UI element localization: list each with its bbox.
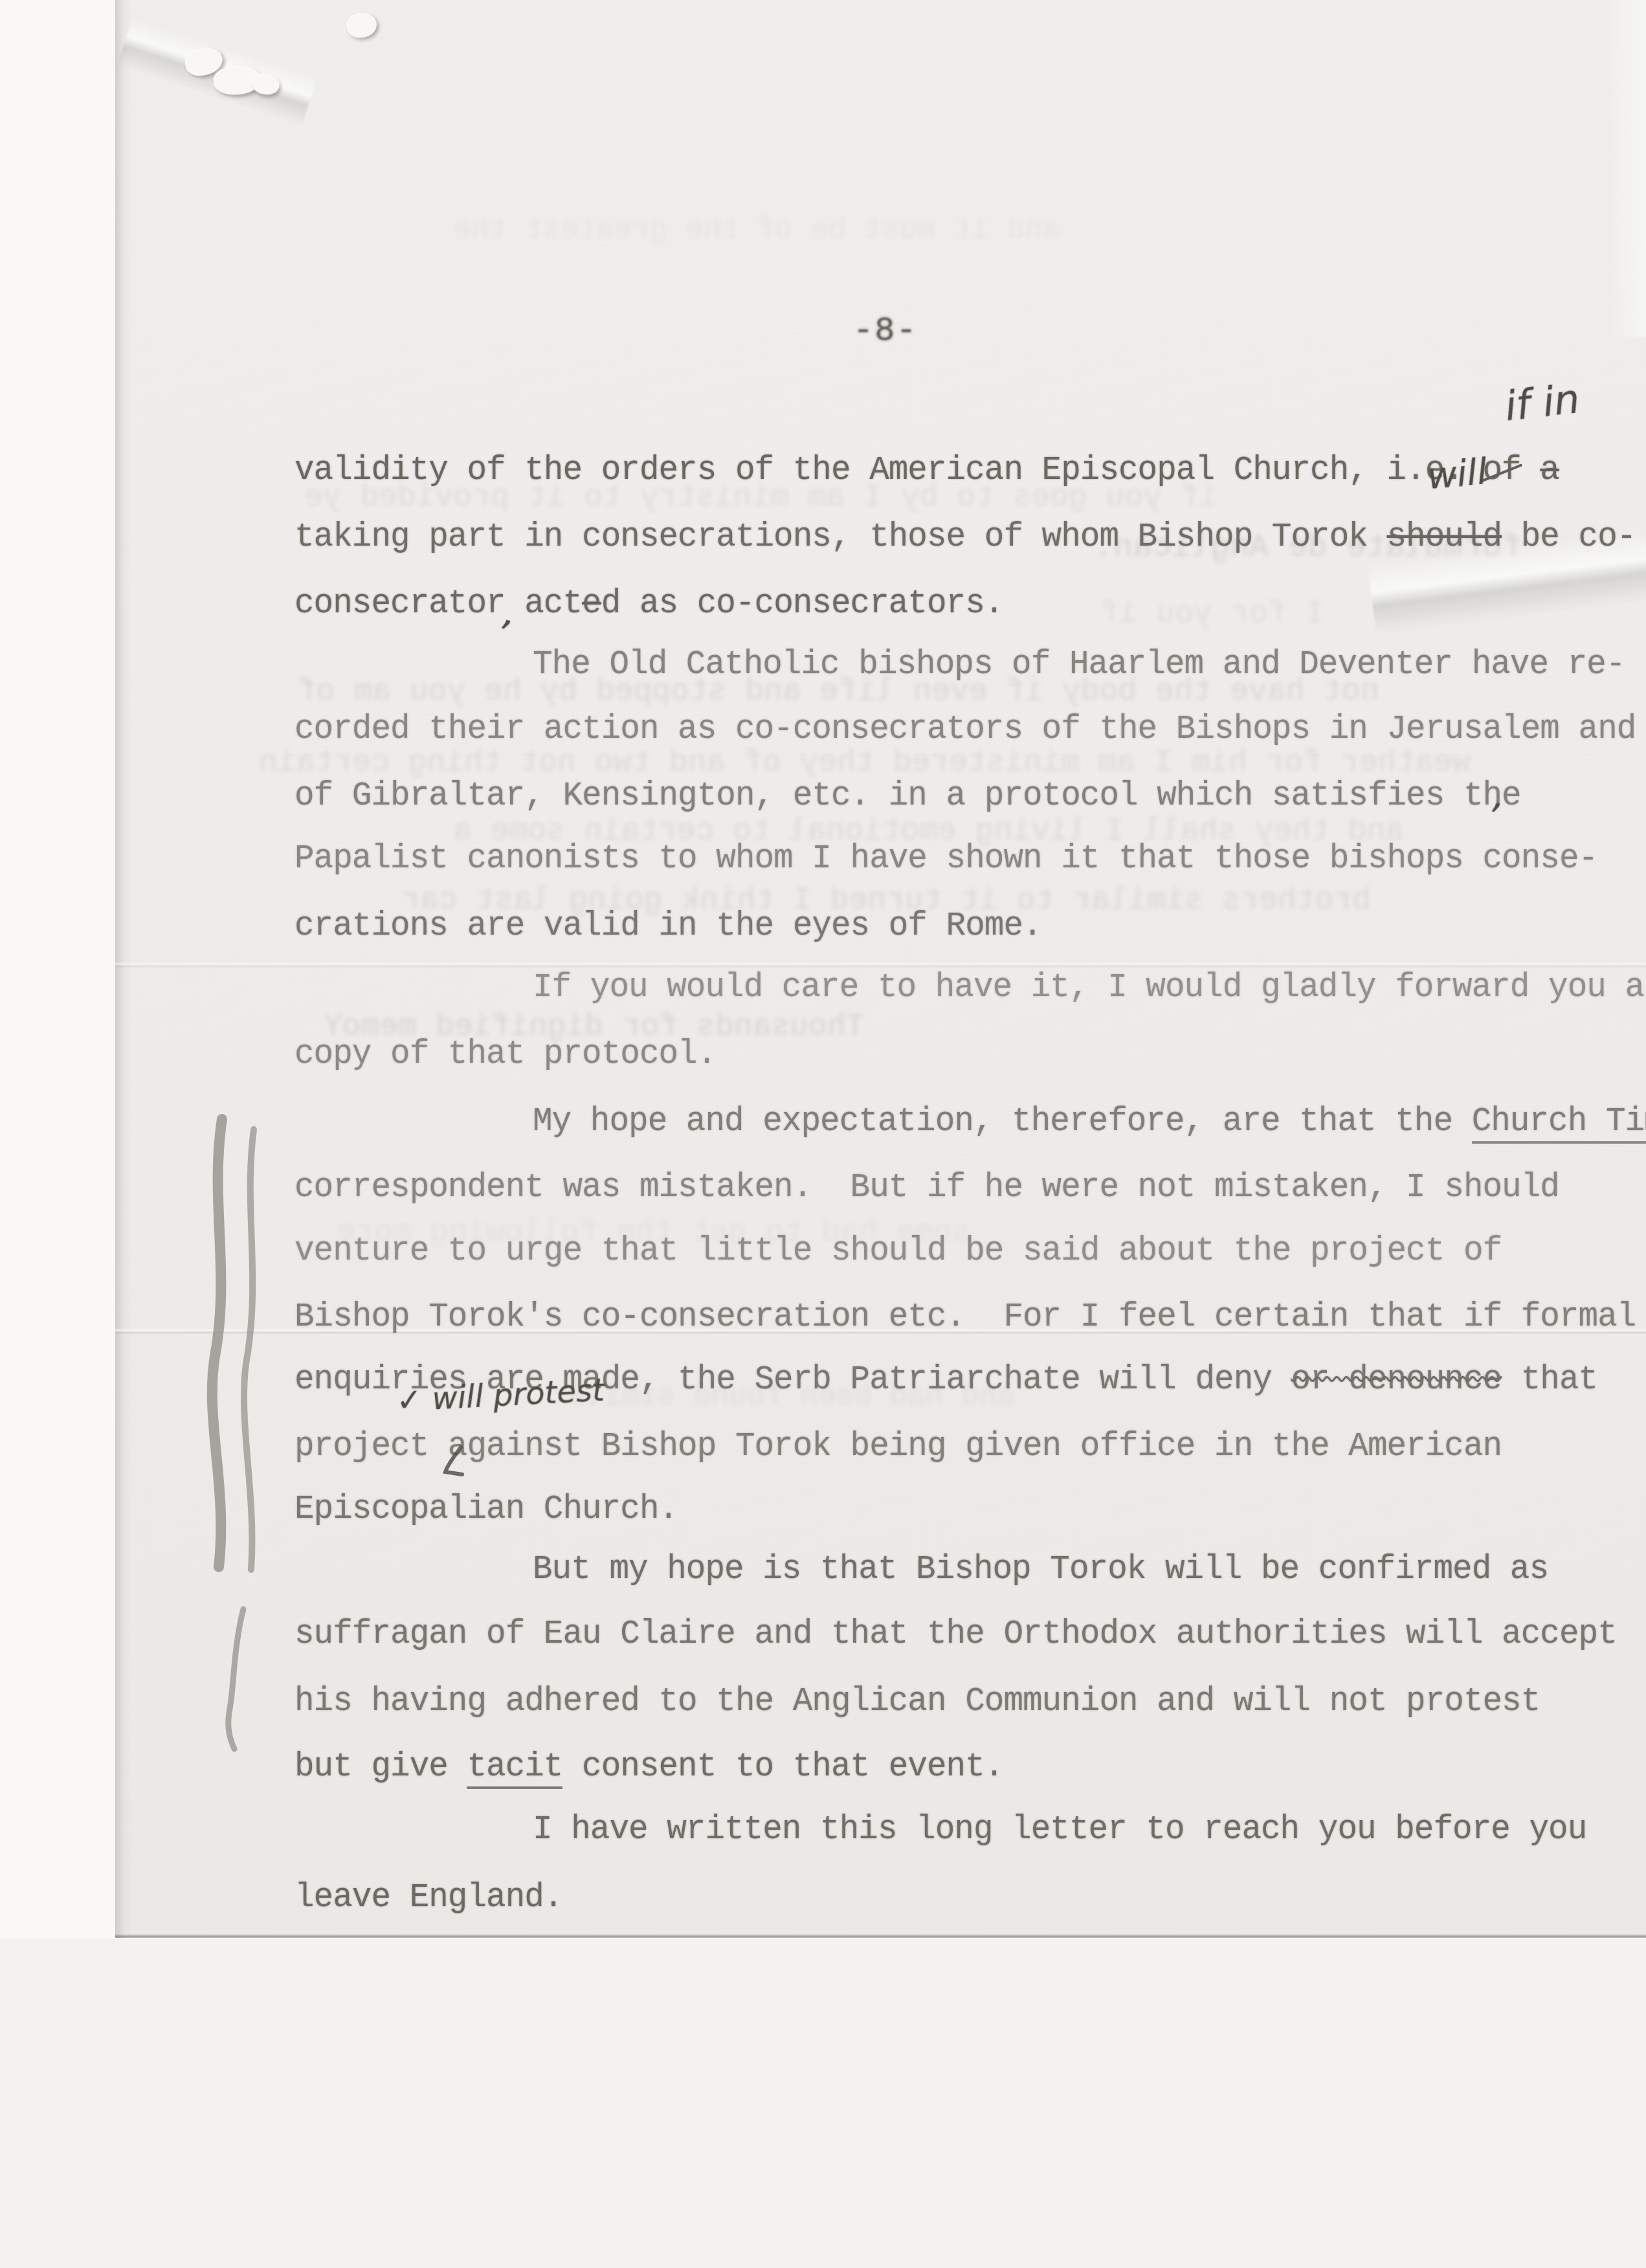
typed-line: I have written this long letter to reach… [295, 1812, 1646, 1850]
bleedthrough-text: and it must be of the greatest the [453, 214, 1061, 247]
typed-line: of Gibraltar, Kensington, etc. in a prot… [295, 779, 1646, 816]
horizontal-crease [115, 962, 1646, 968]
bleedthrough-text: weather for him I am ministered they of … [259, 746, 1471, 781]
typed-line: copy of that protocol. [295, 1037, 1646, 1074]
typed-text: leave England. [295, 1880, 562, 1917]
typed-word-strike: e [582, 586, 601, 623]
typed-word-strike-diag: of [1483, 452, 1521, 489]
typed-text: but give [295, 1749, 467, 1786]
typed-line: correspondent was mistaken. But if he we… [295, 1170, 1646, 1208]
typed-text: Papalist canonists to whom I have shown … [295, 841, 1597, 878]
typed-line: suffragan of Eau Claire and that the Ort… [295, 1617, 1646, 1654]
margin-emphasis-single-line [212, 1604, 271, 1756]
typed-line: The Old Catholic bishops of Haarlem and … [295, 647, 1646, 685]
typed-word-strike: a [1540, 452, 1559, 489]
typed-line: Bishop Torok's co-consecration etc. For … [295, 1300, 1646, 1337]
paper-bottom-edge [115, 1934, 1646, 1938]
typed-text: validity of the orders of the American E… [295, 452, 1483, 489]
scanned-letter-page: -8- validity of the orders of the Americ… [0, 0, 1646, 2268]
typed-text: correspondent was mistaken. But if he we… [295, 1170, 1559, 1206]
typed-text: consecrator act [295, 586, 582, 623]
typed-line: Episcopalian Church. [295, 1492, 1646, 1529]
typed-line: his having adhered to the Anglican Commu… [295, 1684, 1646, 1722]
typed-text: suffragan of Eau Claire and that the Ort… [295, 1616, 1617, 1653]
scanner-background-bottom [0, 1939, 1646, 2268]
typed-line: corded their action as co-consecrators o… [295, 712, 1646, 750]
typed-line: If you would care to have it, I would gl… [295, 970, 1646, 1008]
paper-damage-spot [345, 10, 379, 39]
typed-line: leave England. [295, 1880, 1646, 1918]
right-edge-highlight [1607, 0, 1646, 337]
typed-line: My hope and expectation, therefore, are … [295, 1104, 1646, 1142]
typed-line: crations are valid in the eyes of Rome. [295, 909, 1646, 946]
typed-text: The Old Catholic bishops of Haarlem and … [533, 647, 1625, 684]
typed-text: I have written this long letter to reach… [533, 1812, 1586, 1849]
insertion-caret-mark [439, 1445, 478, 1484]
paper-damage-spot [251, 72, 281, 96]
typed-text: If you would care to have it, I would gl… [533, 970, 1644, 1006]
margin-emphasis-double-line [199, 1110, 284, 1576]
typed-word-underline: Church Times [1472, 1104, 1646, 1144]
typed-text [1521, 452, 1540, 489]
typed-text: of Gibraltar, Kensington, etc. in a prot… [295, 778, 1521, 815]
typed-text: d as co-consecrators. [601, 586, 1004, 623]
scanner-background-left [0, 0, 117, 2268]
typed-text: crations are valid in the eyes of Rome. [295, 908, 1042, 945]
typed-line: Papalist canonists to whom I have shown … [295, 841, 1646, 879]
typed-text: My hope and expectation, therefore, are … [533, 1104, 1472, 1140]
typed-line: consecrator acted as co-consecrators. [295, 586, 1646, 624]
typed-word-strike: should [1386, 519, 1502, 556]
typed-text: copy of that protocol. [295, 1036, 716, 1073]
typed-text: his having adhered to the Anglican Commu… [295, 1684, 1540, 1720]
paper-sheet: -8- validity of the orders of the Americ… [115, 0, 1646, 1938]
typed-text: be co- [1502, 519, 1636, 556]
typed-text: Episcopalian Church. [295, 1491, 678, 1528]
paper-left-edge-shadow [115, 0, 132, 1938]
typed-word-underline: tacit [467, 1749, 562, 1789]
typed-line: But my hope is that Bishop Torok will be… [295, 1552, 1646, 1590]
typed-text: Bishop Torok's co-consecration etc. For … [295, 1299, 1636, 1336]
typed-line: venture to urge that little should be sa… [295, 1234, 1646, 1271]
typed-line: but give tacit consent to that event. [295, 1750, 1646, 1787]
typed-text: taking part in consecrations, those of w… [295, 519, 1386, 556]
insertion-if-in: if in [1503, 375, 1582, 430]
typed-text: venture to urge that little should be sa… [295, 1233, 1502, 1270]
typed-word-strike-wavy: or denounce [1291, 1362, 1502, 1399]
typed-line: project against Bishop Torok being given… [295, 1429, 1646, 1467]
typed-text: But my hope is that Bishop Torok will be… [533, 1551, 1548, 1588]
insertion-will: will [1425, 450, 1489, 498]
typed-text: corded their action as co-consecrators o… [295, 711, 1636, 748]
typed-text: that [1502, 1362, 1597, 1399]
page-number: -8- [853, 312, 918, 350]
typed-line: taking part in consecrations, those of w… [295, 520, 1646, 557]
typed-text: consent to that event. [562, 1749, 1003, 1786]
